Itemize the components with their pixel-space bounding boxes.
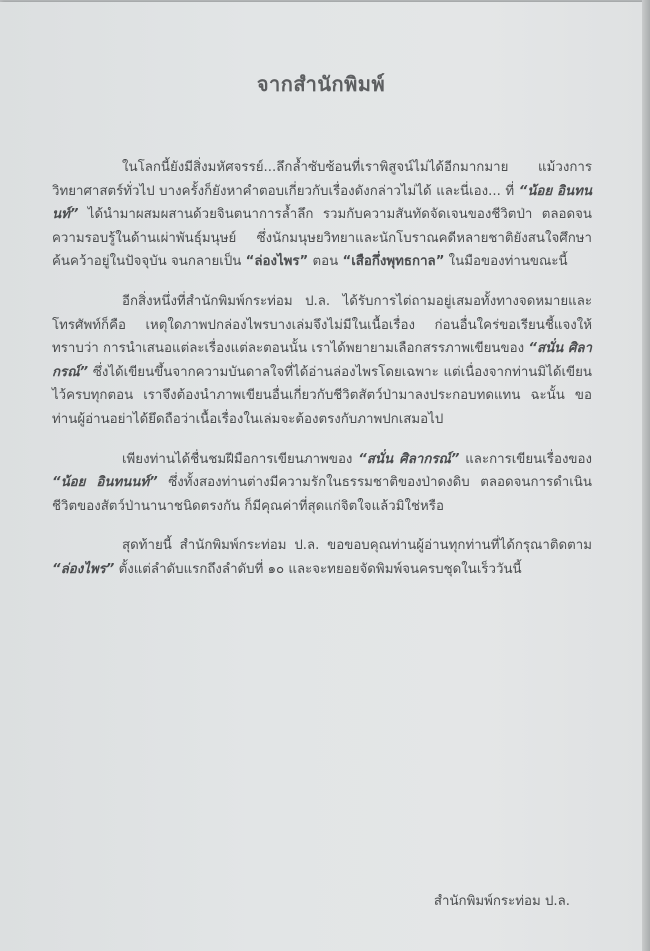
page-title: จากสำนักพิมพ์ — [0, 68, 642, 100]
body-text: ในโลกนี้ยังมีสิ่งมหัศจรรย์...ลึกล้ำซับซ้… — [52, 156, 592, 598]
paragraph-4: สุดท้ายนี้ สำนักพิมพ์กระท่อม ป.ล. ขอขอบค… — [52, 534, 592, 581]
series-name-emphasis: “ล่องไพร” — [52, 562, 114, 577]
paragraph-2: อีกสิ่งหนึ่งที่สำนักพิมพ์กระท่อม ป.ล. ได… — [52, 290, 592, 432]
text-segment: ซึ่งได้เขียนขึ้นจากความบันดาลใจที่ได้อ่า… — [52, 365, 592, 427]
text-segment: และการเขียนเรื่องของ — [459, 452, 592, 467]
illustrator-name-emphasis: “สนั่น ศิลากรณ์” — [358, 452, 459, 467]
text-segment: ในโลกนี้ยังมีสิ่งมหัศจรรย์...ลึกล้ำซับซ้… — [52, 160, 592, 199]
paragraph-1: ในโลกนี้ยังมีสิ่งมหัศจรรย์...ลึกล้ำซับซ้… — [52, 156, 592, 274]
author-name-emphasis: “น้อย อินทนนท์” — [52, 475, 158, 490]
text-segment: เพียงท่านได้ชื่นชมฝีมือการเขียนภาพของ — [122, 452, 358, 467]
text-segment: ตอน — [308, 254, 342, 269]
publisher-signature: สำนักพิมพ์กระท่อม ป.ล. — [434, 890, 570, 911]
text-segment: ตั้งแต่ลำดับแรกถึงลำดับที่ ๑๐ และจะทยอยจ… — [114, 562, 521, 577]
text-segment: สุดท้ายนี้ สำนักพิมพ์กระท่อม ป.ล. ขอขอบค… — [122, 538, 592, 553]
text-segment: ในมือของท่านขณะนี้ — [444, 254, 567, 269]
episode-name-emphasis: “เสือกึ่งพุทธกาล” — [342, 254, 444, 269]
book-page: จากสำนักพิมพ์ ในโลกนี้ยังมีสิ่งมหัศจรรย์… — [0, 2, 642, 951]
text-segment: อีกสิ่งหนึ่งที่สำนักพิมพ์กระท่อม ป.ล. ได… — [52, 294, 592, 356]
series-name-emphasis: “ล่องไพร” — [246, 254, 309, 269]
page-edge-shadow — [642, 0, 650, 951]
paragraph-3: เพียงท่านได้ชื่นชมฝีมือการเขียนภาพของ “ส… — [52, 448, 592, 519]
